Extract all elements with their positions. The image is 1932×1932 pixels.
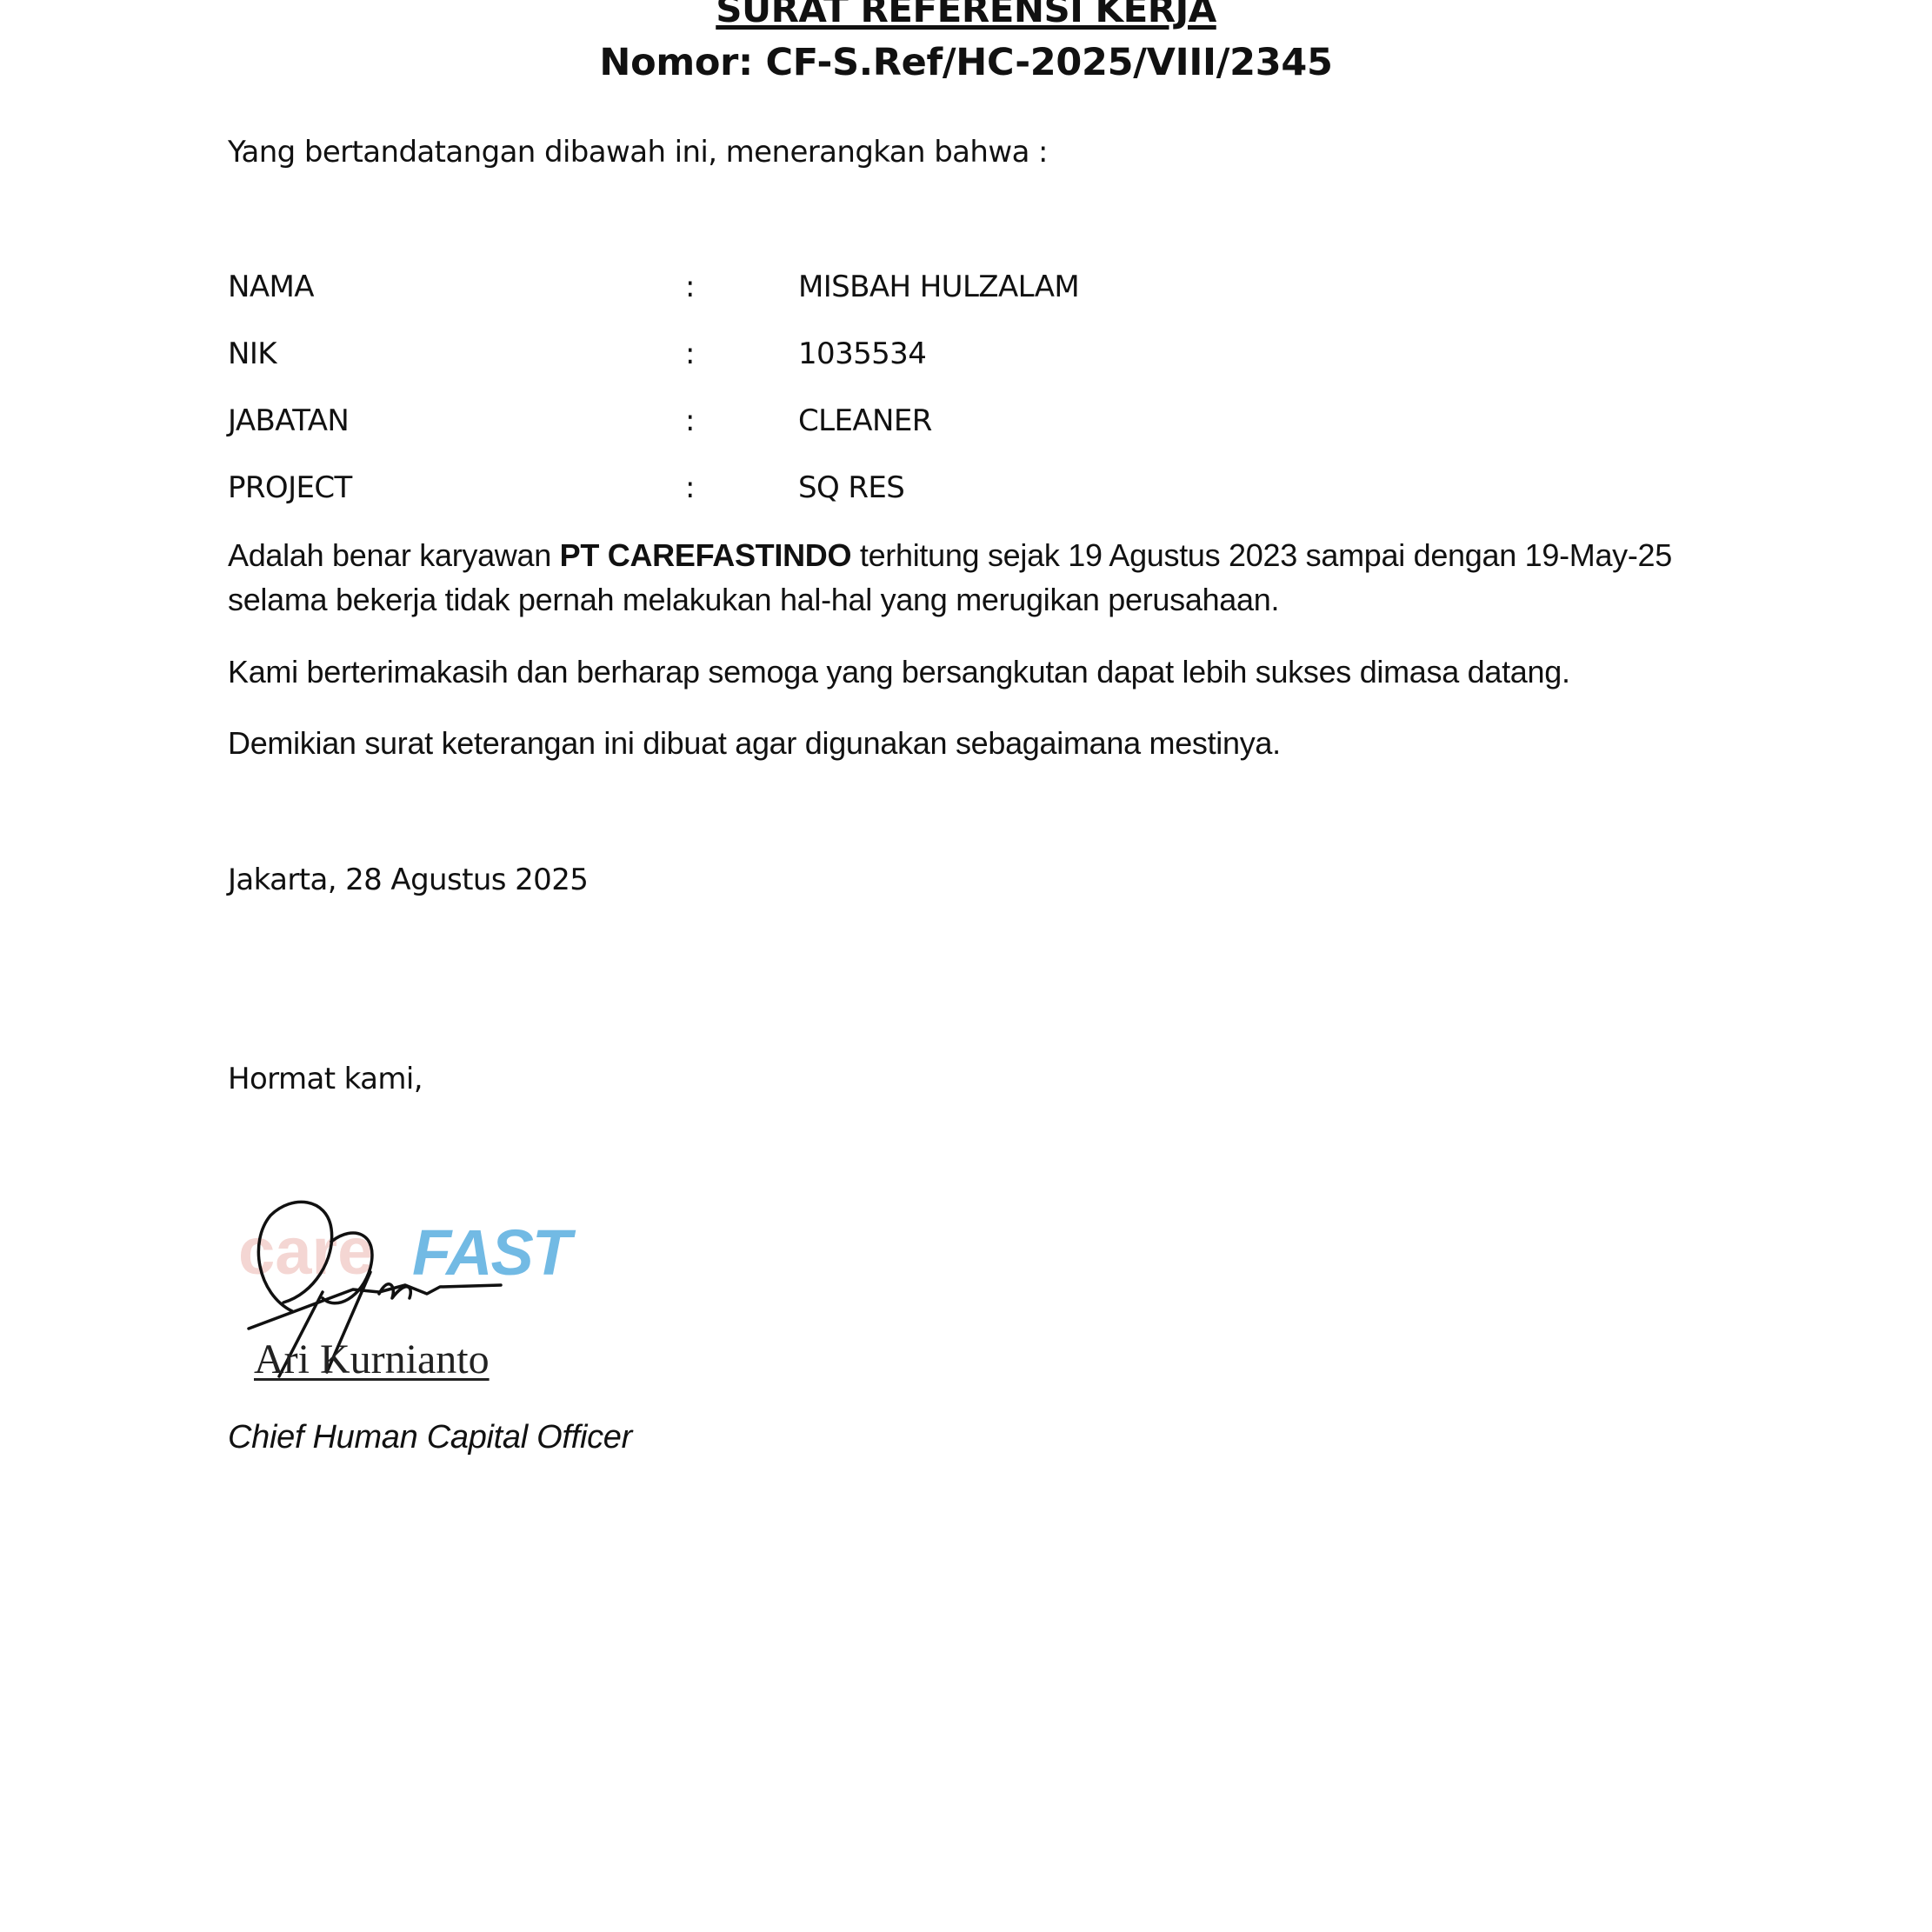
signer-name: Ari Kurnianto xyxy=(254,1336,490,1383)
statement-prefix: Adalah benar karyawan xyxy=(228,537,560,573)
field-value-nama: MISBAH HULZALAM xyxy=(798,270,1079,304)
field-separator: : xyxy=(685,403,695,438)
document-number: Nomor: CF-S.Ref/HC-2025/VIII/2345 xyxy=(0,41,1932,84)
field-label-jabatan: JABATAN xyxy=(228,403,349,438)
thanks-text: Kami berterimakasih dan berharap semoga … xyxy=(228,654,1570,690)
closing-statement: Demikian surat keterangan ini dibuat aga… xyxy=(228,725,1281,762)
statement-line-1: Adalah benar karyawan PT CAREFASTINDO te… xyxy=(228,537,1672,574)
field-value-project: SQ RES xyxy=(798,470,904,505)
field-label-project: PROJECT xyxy=(228,470,352,505)
signature-block: care FAST Ari Kurnianto xyxy=(231,1189,570,1388)
field-label-nik: NIK xyxy=(228,336,276,371)
place-date: Jakarta, 28 Agustus 2025 xyxy=(228,863,588,897)
field-separator: : xyxy=(685,336,695,371)
statement-line-2: selama bekerja tidak pernah melakukan ha… xyxy=(228,582,1279,618)
signer-role: Chief Human Capital Officer xyxy=(228,1419,632,1456)
field-value-nik: 1035534 xyxy=(798,336,926,371)
company-name: PT CAREFASTINDO xyxy=(560,537,852,573)
field-separator: : xyxy=(685,270,695,304)
field-value-jabatan: CLEANER xyxy=(798,403,932,438)
field-separator: : xyxy=(685,470,695,505)
intro-text: Yang bertandatangan dibawah ini, meneran… xyxy=(228,135,1048,170)
document-title: SURAT REFERENSI KERJA xyxy=(0,0,1932,30)
field-label-nama: NAMA xyxy=(228,270,314,304)
statement-period: terhitung sejak 19 Agustus 2023 sampai d… xyxy=(851,537,1672,573)
salutation: Hormat kami, xyxy=(228,1062,423,1096)
